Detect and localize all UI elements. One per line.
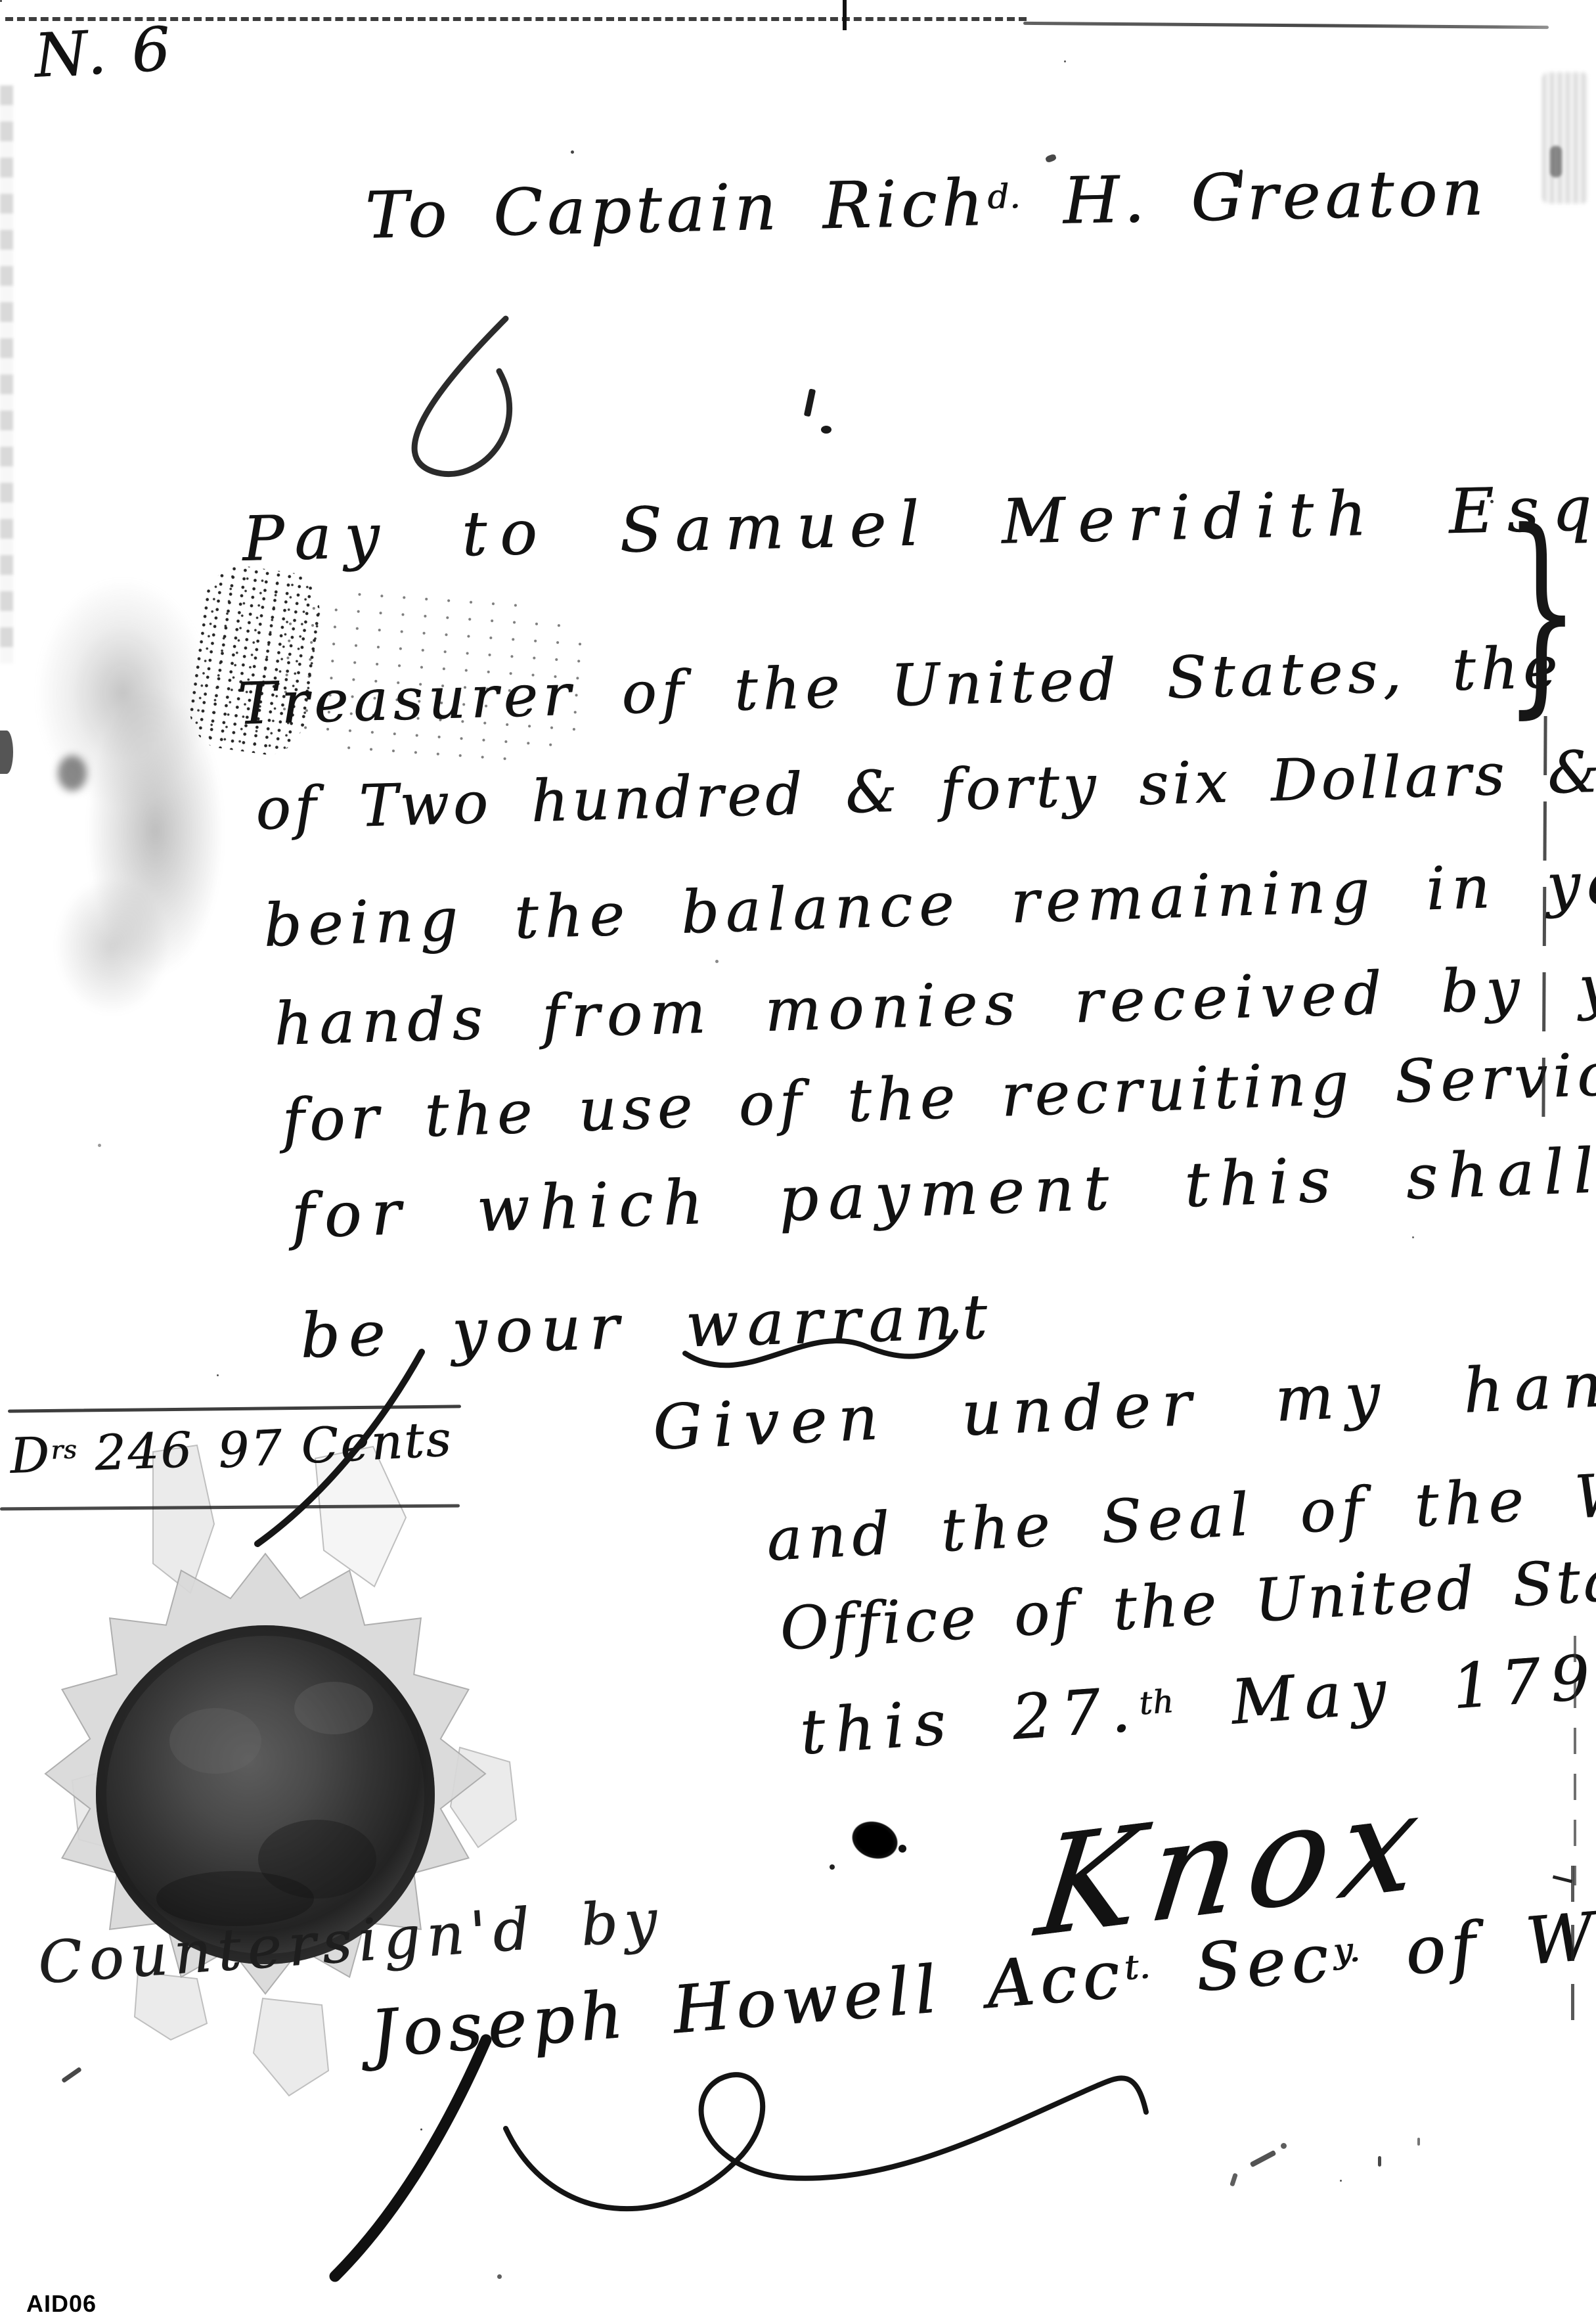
- stray-ink-mark-2: [821, 426, 831, 434]
- page-edge-line-right-middle: [1574, 1636, 1576, 1885]
- address-pre: To Captain Rich: [365, 166, 988, 254]
- top-right-smudge: [1542, 72, 1588, 204]
- catalog-code: AID06: [26, 2290, 97, 2318]
- body-line-4: being the balance remaining in your: [263, 851, 1596, 956]
- stray-ink-mark-1: [804, 388, 816, 417]
- body-line-7: for which payment this shall: [290, 1140, 1596, 1248]
- stray-ink-mark-7: [1417, 2138, 1420, 2146]
- accountant-sup2: y.: [1331, 1930, 1362, 1971]
- document-page: Drs 246 97 Cents N. 6 To Captain Richd. …: [0, 0, 1596, 2319]
- paper-specks: [0, 0, 2, 2]
- pencil-scrawl-3: [1230, 2173, 1238, 2186]
- top-edge-tick-mark: [843, 0, 847, 30]
- ink-blot-satellite-2: [830, 1864, 835, 1870]
- stray-ink-mark-6: [1378, 2156, 1381, 2167]
- descender-stroke: [250, 1347, 433, 1557]
- page-edge-hook-mark: [1553, 1875, 1572, 1883]
- address-flourish: [358, 309, 634, 493]
- address-post: H. Greaton: [1020, 155, 1488, 240]
- amount-dollars: 246: [76, 1422, 194, 1482]
- left-edge-ink-blob: [0, 731, 13, 774]
- top-right-ink-mark: [1550, 146, 1562, 177]
- body-line-6: for the use of the recruiting Service,: [281, 1043, 1596, 1151]
- brace-flourish: }: [1504, 503, 1580, 719]
- accountant-sup: t.: [1122, 1947, 1151, 1988]
- left-page-edge-smudge: [0, 85, 13, 664]
- ink-smudge-core: [58, 755, 87, 791]
- doc-number: N. 6: [33, 19, 175, 87]
- amount-margin-note-dollars: Drs 246: [9, 1426, 194, 1481]
- closing-date-post: May 1793: [1172, 1638, 1596, 1743]
- pencil-scrawl-1: [1250, 2150, 1277, 2168]
- closing-date-line: this 27.th May 1793: [798, 1644, 1596, 1765]
- stray-ink-mark-3: [1045, 154, 1057, 164]
- amount-currency: D: [9, 1427, 52, 1485]
- closing-date-pre: this 27.: [797, 1674, 1142, 1769]
- closing-date-sup: th: [1138, 1682, 1175, 1722]
- address-superscript: d.: [987, 177, 1021, 217]
- address-line: To Captain Richd. H. Greaton: [365, 160, 1488, 248]
- page-edge-line-right-lower: [1571, 1866, 1574, 2037]
- ink-blot: [835, 1805, 914, 1874]
- signature-flourish: [289, 1991, 1222, 2293]
- pencil-scrawl-2: [1281, 2143, 1287, 2149]
- ink-blot-satellite: [898, 1845, 906, 1853]
- body-line-5: hands from monies received by you: [273, 955, 1596, 1054]
- top-edge-solid-line: [1023, 22, 1549, 29]
- amount-currency-sup: rs: [51, 1435, 78, 1465]
- stray-ink-mark-8: [497, 2274, 502, 2279]
